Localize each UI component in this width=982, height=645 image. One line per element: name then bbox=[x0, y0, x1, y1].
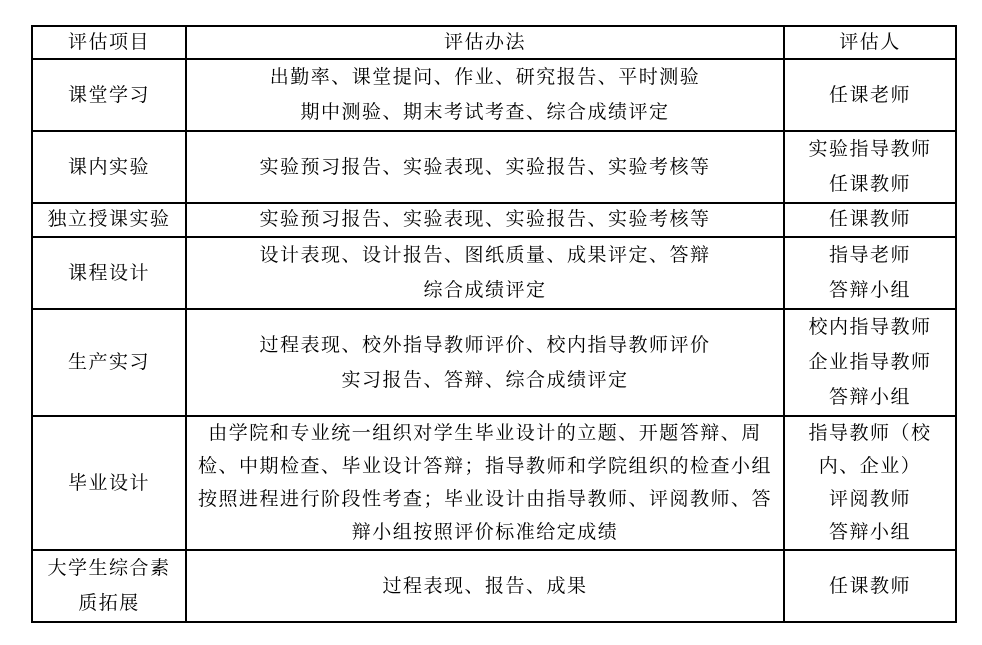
method-cell: 实验预习报告、实验表现、实验报告、实验考核等 bbox=[186, 203, 784, 237]
table-row: 课堂学习 出勤率、课堂提问、作业、研究报告、平时测验 期中测验、期末考试考查、综… bbox=[32, 59, 956, 131]
method-cell: 设计表现、设计报告、图纸质量、成果评定、答辩 综合成绩评定 bbox=[186, 237, 784, 309]
table-row: 课程设计 设计表现、设计报告、图纸质量、成果评定、答辩 综合成绩评定 指导老师 … bbox=[32, 237, 956, 309]
method-cell: 由学院和专业统一组织对学生毕业设计的立题、开题答辩、周检、中期检查、毕业设计答辩… bbox=[186, 416, 784, 550]
evaluation-table: 评估项目 评估办法 评估人 课堂学习 出勤率、课堂提问、作业、研究报告、平时测验… bbox=[31, 25, 957, 623]
method-cell: 过程表现、报告、成果 bbox=[186, 550, 784, 622]
item-cell: 毕业设计 bbox=[32, 416, 186, 550]
method-cell: 实验预习报告、实验表现、实验报告、实验考核等 bbox=[186, 131, 784, 203]
item-cell: 生产实习 bbox=[32, 309, 186, 416]
evaluator-cell: 校内指导教师 企业指导教师 答辩小组 bbox=[784, 309, 956, 416]
method-cell: 出勤率、课堂提问、作业、研究报告、平时测验 期中测验、期末考试考查、综合成绩评定 bbox=[186, 59, 784, 131]
item-cell: 课程设计 bbox=[32, 237, 186, 309]
table-header-row: 评估项目 评估办法 评估人 bbox=[32, 26, 956, 59]
evaluator-cell: 实验指导教师 任课教师 bbox=[784, 131, 956, 203]
header-cell-item: 评估项目 bbox=[32, 26, 186, 59]
item-cell: 独立授课实验 bbox=[32, 203, 186, 237]
evaluator-cell: 指导教师（校 内、企业） 评阅教师 答辩小组 bbox=[784, 416, 956, 550]
item-cell: 大学生综合素 质拓展 bbox=[32, 550, 186, 622]
table-row: 生产实习 过程表现、校外指导教师评价、校内指导教师评价 实习报告、答辩、综合成绩… bbox=[32, 309, 956, 416]
table-row: 独立授课实验 实验预习报告、实验表现、实验报告、实验考核等 任课教师 bbox=[32, 203, 956, 237]
table-row: 毕业设计 由学院和专业统一组织对学生毕业设计的立题、开题答辩、周检、中期检查、毕… bbox=[32, 416, 956, 550]
evaluator-cell: 任课教师 bbox=[784, 550, 956, 622]
item-cell: 课堂学习 bbox=[32, 59, 186, 131]
evaluator-cell: 任课教师 bbox=[784, 203, 956, 237]
header-cell-method: 评估办法 bbox=[186, 26, 784, 59]
header-cell-evaluator: 评估人 bbox=[784, 26, 956, 59]
table-row: 课内实验 实验预习报告、实验表现、实验报告、实验考核等 实验指导教师 任课教师 bbox=[32, 131, 956, 203]
item-cell: 课内实验 bbox=[32, 131, 186, 203]
evaluator-cell: 指导老师 答辩小组 bbox=[784, 237, 956, 309]
table-row: 大学生综合素 质拓展 过程表现、报告、成果 任课教师 bbox=[32, 550, 956, 622]
document-page: 评估项目 评估办法 评估人 课堂学习 出勤率、课堂提问、作业、研究报告、平时测验… bbox=[0, 0, 982, 645]
evaluator-cell: 任课老师 bbox=[784, 59, 956, 131]
method-cell: 过程表现、校外指导教师评价、校内指导教师评价 实习报告、答辩、综合成绩评定 bbox=[186, 309, 784, 416]
